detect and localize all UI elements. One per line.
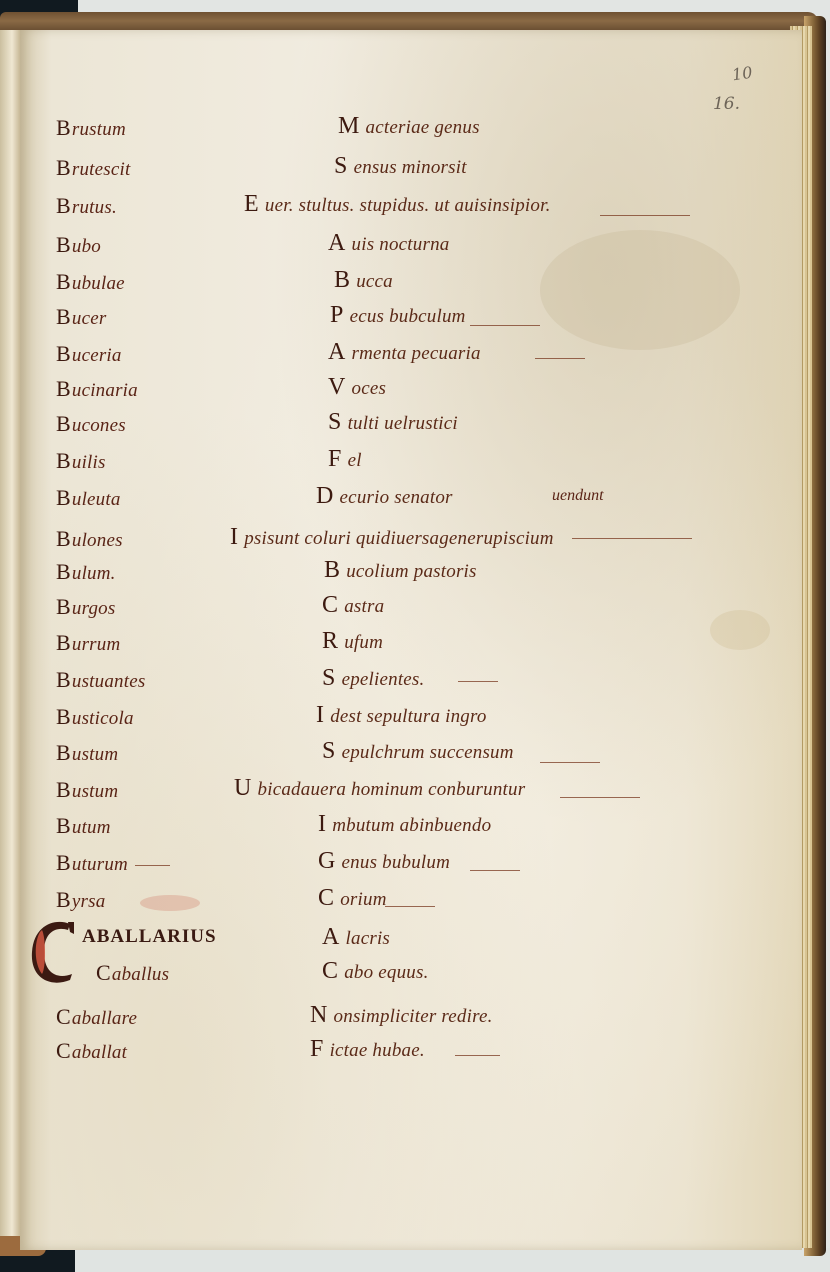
gloss-initial: N [310, 1002, 328, 1028]
glossary-entry: CaballareNonsimpliciter redire. [0, 1000, 830, 1036]
decorated-initial-c-icon [26, 918, 78, 986]
gloss-text: dest sepultura ingro [330, 706, 486, 727]
lemma-text: rutescit [72, 159, 131, 180]
glossary-entry: BustuantesSepelientes. [0, 663, 830, 699]
entry-lemma: Buleuta [56, 485, 121, 511]
entry-lemma: Bustuantes [56, 667, 145, 693]
lemma-text: uleuta [72, 489, 121, 510]
entry-gloss: Ubicadauera hominum conburuntur [234, 775, 525, 802]
entry-lemma: Caballare [56, 1004, 137, 1030]
gloss-initial: G [318, 848, 336, 874]
entry-lemma: Builis [56, 448, 106, 474]
flourish-line [135, 865, 170, 866]
glossary-entry: BucerPecus bubculum [0, 300, 830, 336]
gloss-text: el [348, 450, 362, 471]
gloss-text: ucca [356, 271, 393, 292]
gloss-initial: R [322, 628, 338, 654]
glossary-entry: BuilisFel [0, 444, 830, 480]
entry-lemma: Buceria [56, 341, 122, 367]
lemma-text: urrum [72, 634, 121, 655]
entry-gloss: Sensus minorsit [334, 153, 467, 180]
gloss-text: acteriae genus [366, 117, 480, 138]
lemma-initial: B [56, 813, 71, 838]
gloss-text: ecurio senator [340, 487, 453, 508]
entry-gloss: Ipsisunt coluri quidiuersagenerupiscium [230, 524, 554, 551]
lemma-text: usticola [72, 708, 134, 729]
entry-lemma: Bustum [56, 777, 118, 803]
lemma-text: utum [72, 817, 111, 838]
gloss-initial: E [244, 191, 259, 217]
entry-gloss: Stulti uelrustici [328, 409, 458, 436]
gloss-text: enus bubulum [342, 852, 450, 873]
lemma-text: ustuantes [72, 671, 146, 692]
gloss-text: tulti uelrustici [348, 413, 458, 434]
glossary-entry: BustumUbicadauera hominum conburuntur [0, 773, 830, 809]
lemma-text: ustum [72, 781, 118, 802]
glossary-entry: BusticolaIdest sepultura ingro [0, 700, 830, 736]
lemma-initial: B [56, 667, 71, 692]
entry-gloss: Armenta pecuaria [328, 339, 481, 366]
glossary-entry: BuboAuis nocturna [0, 228, 830, 264]
flourish-line [470, 870, 520, 871]
glossary-entry: BucinariaVoces [0, 372, 830, 408]
lemma-text: aballat [72, 1042, 127, 1063]
gloss-text: uer. stultus. stupidus. ut auisinsipior. [265, 195, 551, 216]
gloss-initial: C [322, 958, 338, 984]
glossary-entry: BrutescitSensus minorsit [0, 151, 830, 187]
lemma-initial: B [56, 155, 71, 180]
entry-lemma: Caballus [96, 960, 169, 986]
entry-lemma: Brutus. [56, 193, 117, 219]
glossary-entry: BuleutaDecurio senator [0, 481, 830, 517]
glossary-entry: BustumSepulchrum succensum [0, 736, 830, 772]
gloss-text: mbutum abinbuendo [332, 815, 491, 836]
lemma-initial: B [56, 269, 71, 294]
lemma-initial: B [56, 630, 71, 655]
lemma-initial: B [56, 887, 71, 912]
entry-lemma: Bustum [56, 740, 118, 766]
entry-gloss: Pecus bubculum [330, 302, 466, 329]
marginal-note: uendunt [552, 487, 604, 505]
entry-gloss: Voces [328, 374, 386, 401]
gloss-text: epulchrum succensum [342, 742, 514, 763]
gloss-text: astra [344, 596, 384, 617]
glossary-entry: BulonesIpsisunt coluri quidiuersagenerup… [0, 522, 830, 558]
gloss-text: ensus minorsit [354, 157, 467, 178]
lemma-text: rustum [72, 119, 126, 140]
gloss-initial: F [310, 1036, 324, 1062]
flourish-line [540, 762, 600, 763]
entry-gloss: Macteriae genus [338, 113, 480, 140]
gloss-text: ucolium pastoris [346, 561, 476, 582]
lemma-initial: C [96, 960, 111, 985]
entry-gloss: Idest sepultura ingro [316, 702, 487, 729]
glossary-entry: ByrsaCorium [0, 883, 830, 919]
entry-gloss: Corium [318, 885, 387, 912]
glossary-entry: BrustumMacteriae genus [0, 111, 830, 147]
gloss-text: abo equus. [344, 962, 428, 983]
lemma-text: ustum [72, 744, 118, 765]
lemma-text: aballare [72, 1008, 137, 1029]
glossary-entry: Brutus.Euer. stultus. stupidus. ut auisi… [0, 189, 830, 225]
entry-gloss: Castra [322, 592, 384, 619]
gloss-text: ictae hubae. [330, 1040, 425, 1061]
entry-gloss: Sepulchrum succensum [322, 738, 514, 765]
gloss-initial: A [328, 339, 346, 365]
lemma-text: rutus. [72, 197, 117, 218]
entry-lemma: Bucer [56, 304, 106, 330]
lemma-initial: C [56, 1038, 71, 1063]
flourish-line [560, 797, 640, 798]
lemma-initial: B [56, 850, 71, 875]
flourish-line [572, 538, 692, 539]
gloss-initial: F [328, 446, 342, 472]
entry-lemma: Burgos [56, 594, 115, 620]
gloss-initial: C [322, 592, 338, 618]
gloss-initial: S [328, 409, 342, 435]
gloss-initial: A [328, 230, 346, 256]
entry-gloss: Bucca [334, 267, 393, 294]
gloss-initial: V [328, 374, 346, 400]
gloss-text: psisunt coluri quidiuersagenerupiscium [244, 528, 553, 549]
gloss-text: epelientes. [342, 669, 425, 690]
flourish-line [470, 325, 540, 326]
glossary-entry: BurrumRufum [0, 626, 830, 662]
flourish-line [385, 906, 435, 907]
lemma-initial: B [56, 559, 71, 584]
gloss-text: uis nocturna [352, 234, 450, 255]
gloss-initial: M [338, 113, 360, 139]
flourish-line [600, 215, 690, 216]
gloss-initial: B [324, 557, 340, 583]
entry-lemma: Buturum [56, 850, 128, 876]
gloss-initial: U [234, 775, 252, 801]
gloss-text: onsimpliciter redire. [334, 1006, 493, 1027]
flourish-line [455, 1055, 500, 1056]
lemma-text: ucer [72, 308, 107, 329]
glossary-entry: CaballusCabo equus. [0, 956, 830, 992]
entry-gloss: Decurio senator [316, 483, 453, 510]
entry-lemma: Bucones [56, 411, 126, 437]
lemma-initial: B [56, 304, 71, 329]
lemma-text: aballus [112, 964, 169, 985]
lemma-initial: B [56, 526, 71, 551]
entry-lemma: Brustum [56, 115, 126, 141]
gloss-text: oces [352, 378, 387, 399]
gloss-initial: I [316, 702, 324, 728]
caballarius-heading: ABALLARIUS [82, 926, 217, 948]
lemma-text: uilis [72, 452, 106, 473]
entry-lemma: Bulones [56, 526, 123, 552]
gloss-initial: D [316, 483, 334, 509]
glossary-entry: BuceriaArmenta pecuaria [0, 337, 830, 373]
glossary-entry: BurgosCastra [0, 590, 830, 626]
glossary-entry: ButurumGenus bubulum [0, 846, 830, 882]
entry-gloss: Imbutum abinbuendo [318, 811, 491, 838]
entry-lemma: Byrsa [56, 887, 105, 913]
lemma-text: ulum. [72, 563, 116, 584]
lemma-text: uceria [72, 345, 122, 366]
glossary-entry: BuconesStulti uelrustici [0, 407, 830, 443]
entry-lemma: Bubo [56, 232, 101, 258]
entry-gloss: Fel [328, 446, 362, 473]
entry-gloss: Euer. stultus. stupidus. ut auisinsipior… [244, 191, 551, 218]
entry-lemma: Bubulae [56, 269, 125, 295]
entry-gloss: Nonsimpliciter redire. [310, 1002, 493, 1029]
entry-lemma: Bucinaria [56, 376, 138, 402]
lemma-initial: C [56, 1004, 71, 1029]
entry-lemma: Brutescit [56, 155, 130, 181]
gloss-text: ecus bubculum [350, 306, 466, 327]
lemma-initial: B [56, 115, 71, 140]
lemma-text: ubulae [72, 273, 125, 294]
lemma-text: ucones [72, 415, 126, 436]
lemma-initial: B [56, 341, 71, 366]
lemma-initial: B [56, 411, 71, 436]
glossary-entry: Bulum.Bucolium pastoris [0, 555, 830, 591]
entry-gloss: Bucolium pastoris [324, 557, 477, 584]
entry-gloss: Sepelientes. [322, 665, 424, 692]
caballarius-gloss: Alacris [322, 924, 390, 951]
lemma-initial: B [56, 485, 71, 510]
gloss-initial: S [322, 665, 336, 691]
lemma-text: ubo [72, 236, 101, 257]
gloss-initial: S [334, 153, 348, 179]
lemma-initial: B [56, 777, 71, 802]
gloss-initial: B [334, 267, 350, 293]
lemma-text: ulones [72, 530, 123, 551]
lemma-initial: B [56, 376, 71, 401]
lemma-initial: B [56, 594, 71, 619]
flourish-line [458, 681, 498, 682]
gloss-text: orium [340, 889, 386, 910]
lemma-text: yrsa [72, 891, 106, 912]
gloss-initial: P [330, 302, 344, 328]
entry-gloss: Cabo equus. [322, 958, 429, 985]
glossary-entries: BrustumMacteriae genusBrutescitSensus mi… [0, 0, 830, 1272]
entry-lemma: Caballat [56, 1038, 127, 1064]
entry-lemma: Butum [56, 813, 111, 839]
gloss-text: bicadauera hominum conburuntur [258, 779, 526, 800]
lemma-text: ucinaria [72, 380, 138, 401]
lemma-initial: B [56, 193, 71, 218]
lemma-initial: B [56, 232, 71, 257]
lemma-initial: B [56, 704, 71, 729]
lemma-initial: B [56, 740, 71, 765]
glossary-entry: BubulaeBucca [0, 265, 830, 301]
entry-gloss: Auis nocturna [328, 230, 449, 257]
glossary-entry: ButumImbutum abinbuendo [0, 809, 830, 845]
entry-lemma: Bulum. [56, 559, 116, 585]
entry-gloss: Fictae hubae. [310, 1036, 425, 1063]
gloss-initial: I [230, 524, 238, 550]
glossary-entry: CaballatFictae hubae. [0, 1034, 830, 1070]
entry-lemma: Busticola [56, 704, 134, 730]
gloss-initial: I [318, 811, 326, 837]
entry-lemma: Burrum [56, 630, 120, 656]
gloss-initial: C [318, 885, 334, 911]
lemma-text: urgos [72, 598, 116, 619]
flourish-line [535, 358, 585, 359]
gloss-initial: S [322, 738, 336, 764]
lemma-text: uturum [72, 854, 128, 875]
entry-gloss: Rufum [322, 628, 383, 655]
entry-gloss: Genus bubulum [318, 848, 450, 875]
lemma-initial: B [56, 448, 71, 473]
gloss-text: ufum [344, 632, 383, 653]
gloss-text: rmenta pecuaria [352, 343, 481, 364]
